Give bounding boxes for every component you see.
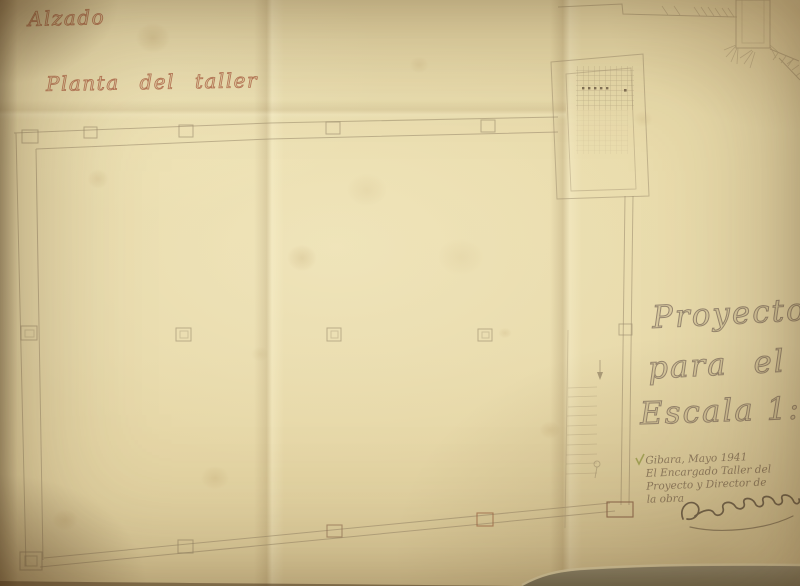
paper-sheet bbox=[0, 0, 800, 586]
photographed-blueprint: Alzado Planta del taller Proyecto para e… bbox=[0, 0, 800, 586]
